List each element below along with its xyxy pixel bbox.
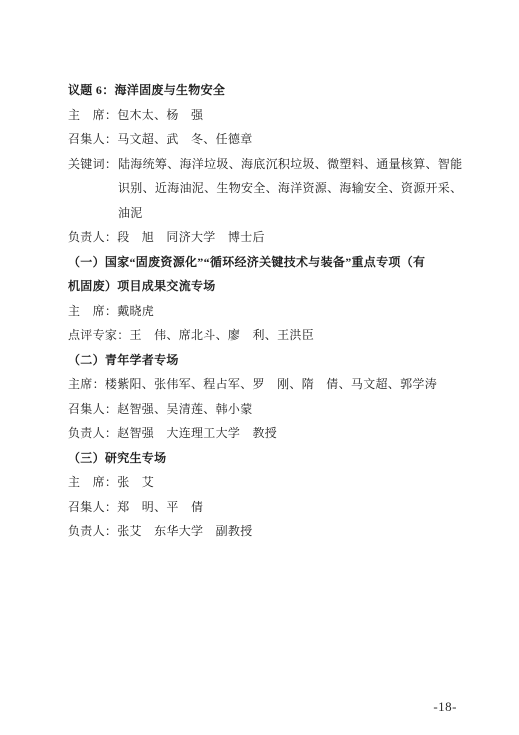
- section-3-chair-line: 主 席：张 艾: [68, 470, 458, 495]
- keywords-label: 关键词：: [68, 152, 118, 177]
- section-2-conveners-line: 召集人：赵智强、吴清莲、韩小蒙: [68, 397, 458, 422]
- section-1-reviewers-line: 点评专家：王 伟、席北斗、廖 利、王洪臣: [68, 323, 458, 348]
- keywords-line-3: 油泥: [68, 201, 458, 226]
- document-page: 议题 6：海洋固废与生物安全 主 席：包木太、杨 强 召集人：马文超、武 冬、任…: [0, 0, 519, 735]
- section-1-heading-line-1: （一）国家“固废资源化”“循环经济关键技术与装备”重点专项（有: [68, 250, 458, 275]
- lead-line: 负责人：段 旭 同济大学 博士后: [68, 225, 458, 250]
- conveners-line: 召集人：马文超、武 冬、任德章: [68, 127, 458, 152]
- topic-heading: 议题 6：海洋固废与生物安全: [68, 78, 458, 103]
- section-3-lead-line: 负责人：张艾 东华大学 副教授: [68, 519, 458, 544]
- keywords-text-1: 陆海统筹、海洋垃圾、海底沉积垃圾、微塑料、通量核算、智能: [118, 157, 462, 171]
- keywords-line-1: 关键词：陆海统筹、海洋垃圾、海底沉积垃圾、微塑料、通量核算、智能: [68, 152, 458, 177]
- chair-line: 主 席：包木太、杨 强: [68, 103, 458, 128]
- section-2-chairs-line: 主席：楼紫阳、张伟军、程占军、罗 刚、隋 倩、马文超、郭学涛: [68, 372, 458, 397]
- section-1-chair-line: 主 席：戴晓虎: [68, 299, 458, 324]
- section-2-heading: （二）青年学者专场: [68, 348, 458, 373]
- section-2-lead-line: 负责人：赵智强 大连理工大学 教授: [68, 421, 458, 446]
- section-3-conveners-line: 召集人：郑 明、平 倩: [68, 495, 458, 520]
- section-3-heading: （三）研究生专场: [68, 446, 458, 471]
- keywords-line-2: 识别、近海油泥、生物安全、海洋资源、海输安全、资源开采、: [68, 176, 458, 201]
- document-content: 议题 6：海洋固废与生物安全 主 席：包木太、杨 强 召集人：马文超、武 冬、任…: [68, 78, 458, 544]
- page-number: -18-: [433, 699, 457, 714]
- section-1-heading-line-2: 机固废）项目成果交流专场: [68, 274, 458, 299]
